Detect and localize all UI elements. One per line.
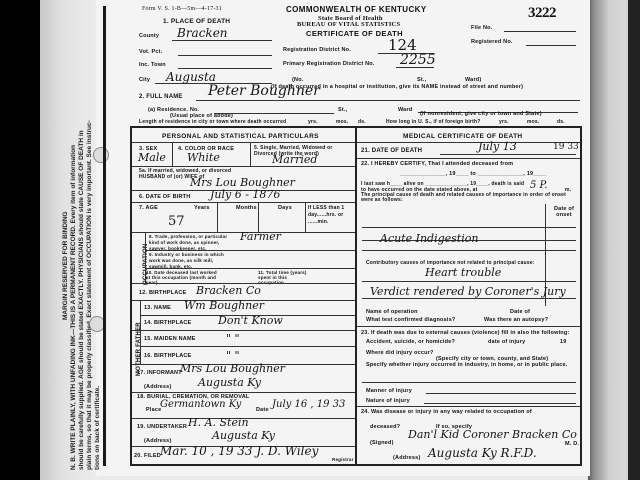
- date-injury-label: date of injury: [488, 339, 525, 345]
- divider: [250, 142, 251, 166]
- divider: [132, 202, 355, 203]
- state-name: COMMONWEALTH OF KENTUCKY: [286, 5, 427, 14]
- divider: [357, 406, 580, 407]
- full-name-line: [196, 100, 580, 101]
- deceased-label: deceased?: [370, 424, 400, 430]
- less-than-label: If LESS than 1 day......hrs. or ......mi…: [308, 205, 354, 226]
- length-residence-label: Length of residence in city or town wher…: [139, 119, 286, 125]
- divider: [357, 158, 580, 159]
- certify-label: 22. I HEREBY CERTIFY, That I attended de…: [361, 161, 513, 167]
- nonresident-note: (If nonresident, give city or town and S…: [420, 111, 542, 117]
- manner-line[interactable]: [426, 393, 576, 394]
- certify-dates: ______________, 19____ to ______________…: [400, 171, 546, 177]
- burial-date-label: Date: [256, 407, 269, 413]
- county-label: County: [139, 33, 159, 39]
- stamp-number: 3222: [528, 5, 556, 22]
- foreign-birth-label: How long in U. S., if of foreign birth?: [386, 119, 480, 125]
- primary-reg-label: Primary Registration District No.: [283, 61, 375, 67]
- ward-label: Ward): [465, 77, 481, 83]
- burial-date-value: July 16 , 19 33: [272, 399, 345, 410]
- divider: [132, 166, 355, 167]
- cause-1-value: Acute Indigestion: [380, 232, 478, 245]
- place-of-death-heading: 1. PLACE OF DEATH: [163, 18, 230, 25]
- divider: [132, 330, 355, 331]
- divider: [357, 142, 580, 143]
- registered-no-line[interactable]: [526, 45, 576, 46]
- nature-label: Nature of injury: [366, 398, 410, 404]
- autopsy-label: Was there an autopsy?: [484, 317, 548, 323]
- reg-district-label: Registration District No.: [283, 47, 351, 53]
- where-injury-label: Where did injury occur?: [366, 350, 434, 356]
- residence-st-label: St.,: [338, 107, 347, 113]
- date-onset-label: Date of onset: [550, 206, 578, 218]
- father-name-label: 13. NAME: [144, 305, 171, 311]
- full-name-label: 2. FULL NAME: [139, 94, 183, 100]
- mother-maiden-value: " ": [226, 332, 240, 345]
- injury-place-line[interactable]: [362, 382, 576, 383]
- form-number: Form V. S. 1-B—5m—4-17-31: [142, 6, 222, 12]
- residence-line[interactable]: [214, 113, 334, 114]
- contributory-value: Heart trouble: [425, 266, 501, 279]
- birthplace-value: Bracken Co: [196, 284, 261, 297]
- street-label: St.,: [417, 77, 426, 83]
- signed-label: (Signed): [370, 440, 394, 446]
- vot-pct-label: Vot. Pct.: [139, 49, 162, 55]
- father-birthplace-value: Don't Know: [218, 314, 283, 327]
- divider: [132, 142, 355, 143]
- divider: [140, 300, 141, 364]
- personal-heading: PERSONAL AND STATISTICAL PARTICULARS: [162, 133, 319, 140]
- dod-label: 21. DATE OF DEATH: [361, 148, 422, 154]
- undertaker-label: 19. UNDERTAKER: [137, 424, 187, 430]
- cause-line: [362, 250, 576, 251]
- county-line: [172, 40, 272, 41]
- county-value: Bracken: [177, 26, 228, 40]
- signed-value: Dan'l Kid Coroner Bracken Co: [408, 428, 577, 441]
- divider: [305, 202, 306, 232]
- death-time: 5 P.: [530, 180, 547, 191]
- informant-value: Mrs Lou Boughner: [180, 362, 285, 375]
- dob-value: July 6 - 1876: [210, 188, 280, 201]
- ds-label: ds.: [358, 119, 366, 125]
- father-name-value: Wm Boughner: [184, 299, 264, 312]
- margin-instructions: MARGIN RESERVED FOR BINDING N. B. WRITE …: [62, 120, 102, 470]
- dod-line: [440, 154, 576, 155]
- margin-line-1: N. B. WRITE PLAINLY, WITH UNFADING INK—T…: [70, 120, 78, 470]
- divider: [357, 326, 580, 327]
- occupation-related-label: 24. Was disease or injury in any way rel…: [361, 409, 532, 415]
- trade-value: Farmer: [240, 230, 281, 243]
- sex-value: Male: [138, 151, 166, 164]
- foreign-yrs-label: yrs.: [499, 119, 509, 125]
- vot-pct-line[interactable]: [178, 55, 272, 56]
- divider: [140, 346, 355, 347]
- birthplace-label: 12. BIRTHPLACE: [139, 290, 186, 296]
- test-label: What test confirmed diagnosis?: [366, 317, 455, 323]
- medical-address-value: Augusta Ky R.F.D.: [428, 446, 537, 460]
- primary-reg-value: 2255: [400, 52, 436, 68]
- file-no-label: File No.: [471, 25, 492, 31]
- age-months-label: Months: [236, 205, 257, 211]
- filed-label: 20. FILED: [134, 453, 161, 459]
- operation-label: Name of operation: [366, 309, 418, 315]
- margin-line-2: should be carefully supplied. AGE should…: [78, 120, 86, 470]
- age-days-label: Days: [278, 205, 292, 211]
- date-of-label: Date of: [510, 309, 530, 315]
- full-name-value: Peter Boughner: [208, 83, 320, 99]
- divider: [258, 202, 259, 232]
- binding-rule: [103, 6, 106, 466]
- dod-value: July 13: [478, 140, 517, 153]
- divider: [217, 202, 218, 232]
- verdict-value: Verdict rendered by Coroner's Jury: [370, 285, 566, 298]
- binding-hole-icon: [93, 147, 109, 163]
- frame-bottom-rule: [130, 464, 582, 466]
- marital-value: Married: [272, 153, 317, 166]
- age-years-label: Years: [194, 205, 210, 211]
- filed-value: Mar. 10 , 19 33 J. D. Wiley: [160, 444, 318, 458]
- specify-whether-label: Specify whether injury occurred in indus…: [366, 362, 576, 368]
- undertaker-address-value: Augusta Ky: [212, 429, 275, 442]
- registrar-label: Registrar: [332, 457, 354, 462]
- cause-line: [362, 227, 576, 228]
- city-value: Augusta: [166, 70, 216, 84]
- accident-label: Accident, suicide, or homicide?: [366, 339, 455, 345]
- registered-no-label: Registered No.: [471, 39, 513, 45]
- mother-birthplace-label: 16. BIRTHPLACE: [144, 353, 191, 359]
- burial-place-value: Germantown Ky: [160, 399, 241, 410]
- injury-year-label: 19: [560, 339, 567, 345]
- medical-address-label: (Address): [393, 455, 420, 461]
- father-birthplace-label: 14. BIRTHPLACE: [144, 320, 191, 326]
- inc-town-line[interactable]: [178, 68, 272, 69]
- scan-border-left: [0, 0, 40, 480]
- nature-line[interactable]: [424, 403, 576, 404]
- mos-label: mos.: [336, 119, 348, 125]
- divider: [145, 250, 355, 251]
- divider: [132, 392, 355, 393]
- divider: [172, 142, 173, 166]
- mother-maiden-label: 15. MAIDEN NAME: [144, 336, 196, 342]
- city-label: City: [139, 77, 150, 83]
- informant-address-value: Augusta Ky: [198, 376, 261, 389]
- margin-line-3: plain terms, so that it may be properly …: [86, 120, 94, 470]
- dob-label: 6. DATE OF BIRTH: [139, 194, 190, 200]
- informant-label: 17. INFORMANT: [137, 370, 182, 376]
- scan-border-right: [628, 0, 640, 480]
- manner-label: Manner of injury: [366, 388, 412, 394]
- informant-address-label: (Address): [144, 384, 171, 390]
- cause-line: [362, 281, 576, 282]
- foreign-ds-label: ds.: [557, 119, 565, 125]
- mother-birthplace-value: " ": [226, 349, 240, 362]
- residence-ward-label: Ward: [398, 107, 412, 113]
- medical-heading: MEDICAL CERTIFICATE OF DEATH: [403, 133, 523, 140]
- frame-right-rule: [580, 126, 582, 466]
- external-label: 23. If death was due to external causes …: [361, 330, 569, 336]
- foreign-mos-label: mos.: [527, 119, 539, 125]
- frame-left-rule: [130, 126, 132, 466]
- age-value: 57: [168, 214, 185, 229]
- age-label: 7. AGE: [139, 205, 158, 211]
- undertaker-value: H. A. Stein: [188, 416, 249, 429]
- yrs-label: yrs.: [308, 119, 318, 125]
- md-label: M. D.: [565, 441, 579, 447]
- dod-year: 19 33: [553, 142, 579, 152]
- color-value: White: [187, 151, 220, 164]
- bureau-name: BUREAU OF VITAL STATISTICS: [297, 21, 400, 28]
- margin-line-4: tions on back of certificate.: [94, 120, 102, 470]
- cause-line: [362, 298, 576, 299]
- inc-town-label: Inc. Town: [139, 62, 166, 68]
- file-no-line[interactable]: [504, 31, 576, 32]
- margin-reserved-label: MARGIN RESERVED FOR BINDING: [62, 120, 70, 470]
- divider: [145, 268, 355, 269]
- frame-middle-rule: [355, 126, 357, 466]
- principal-cause-label: The principal cause of death and related…: [361, 193, 576, 203]
